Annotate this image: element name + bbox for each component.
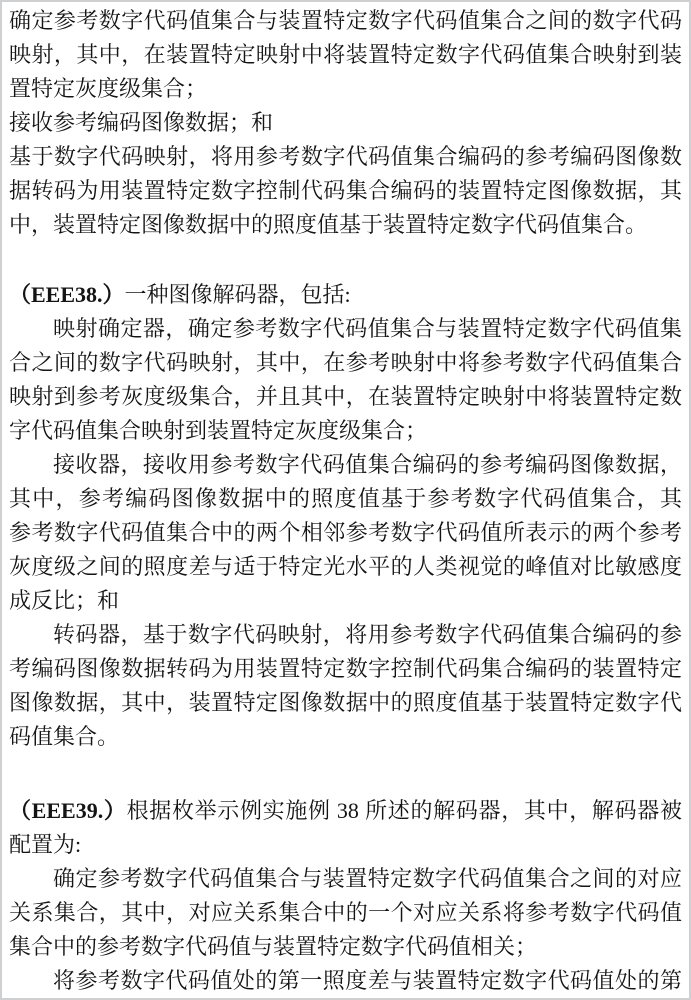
claim-clause-continuation: 确定参考数字代码值集合与装置特定数字代码值集合之间的数字代码 映射，其中，在装置… (9, 4, 682, 106)
text-line: 字代码值集合映射到装置特定灰度级集合； (9, 414, 682, 448)
text-line: 接收参考编码图像数据；和 (9, 106, 682, 140)
text-line: 灰度级之间的照度差与适于特定光水平的人类视觉的峰值对比敏感度 (9, 550, 682, 584)
embodiment-heading-text: 根据枚举示例实施例 38 所述的解码器，其中，解码器被 (127, 798, 682, 823)
patent-document-page: 确定参考数字代码值集合与装置特定数字代码值集合之间的数字代码 映射，其中，在装置… (0, 0, 691, 1000)
text-line: 考编码图像数据转码为用装置特定数字控制代码集合编码的装置特定 (9, 652, 682, 686)
claim-clause: 接收参考编码图像数据；和 (9, 106, 682, 140)
text-line: 码值集合。 (9, 720, 682, 754)
text-line: 确定参考数字代码值集合与装置特定数字代码值集合之间的数字代码 (9, 4, 682, 38)
text-line: 映射到参考灰度级集合，并且其中，在装置特定映射中将装置特定数 (9, 380, 682, 414)
text-line: 映射确定器，确定参考数字代码值集合与装置特定数字代码值集 (9, 312, 682, 346)
text-line: 映射，其中，在装置特定映射中将装置特定数字代码值集合映射到装 (9, 38, 682, 72)
claim-subclause-mapping-determiner: 映射确定器，确定参考数字代码值集合与装置特定数字代码值集 合之间的数字代码映射，… (9, 312, 682, 448)
text-line: 参考数字代码值集合中的两个相邻参考数字代码值所表示的两个参考 (9, 516, 682, 550)
embodiment-heading-line: （EEE39.）根据枚举示例实施例 38 所述的解码器，其中，解码器被 (9, 794, 682, 828)
text-line: 合之间的数字代码映射，其中，在参考映射中将参考数字代码值集合 (9, 346, 682, 380)
embodiment-heading-line: （EEE38.）一种图像解码器，包括: (9, 278, 682, 312)
text-line: 中，装置特定图像数据中的照度值基于装置特定数字代码值集合。 (9, 208, 682, 242)
embodiment-number-label: （EEE39.） (9, 798, 127, 823)
embodiment-heading-text: 一种图像解码器，包括: (125, 282, 351, 307)
text-line: 其中，参考编码图像数据中的照度值基于参考数字代码值集合，其中， (9, 482, 682, 516)
text-line: 图像数据，其中，装置特定图像数据中的照度值基于装置特定数字代 (9, 686, 682, 720)
text-line: 配置为: (9, 828, 682, 862)
claim-subclause-transcoder: 转码器，基于数字代码映射，将用参考数字代码值集合编码的参 考编码图像数据转码为用… (9, 618, 682, 754)
claim-clause: 基于数字代码映射，将用参考数字代码值集合编码的参考编码图像数 据转码为用装置特定… (9, 140, 682, 242)
text-line: 转码器，基于数字代码映射，将用参考数字代码值集合编码的参 (9, 618, 682, 652)
text-line: 成反比；和 (9, 584, 682, 618)
text-line: 置特定灰度级集合； (9, 72, 682, 106)
text-line: 接收器，接收用参考数字代码值集合编码的参考编码图像数据， (9, 448, 682, 482)
text-line: 集合中的参考数字代码值与装置特定数字代码值相关； (9, 930, 682, 964)
embodiment-number-label: （EEE38.） (9, 282, 125, 307)
text-line: 基于数字代码映射，将用参考数字代码值集合编码的参考编码图像数 (9, 140, 682, 174)
embodiment-eee39: （EEE39.）根据枚举示例实施例 38 所述的解码器，其中，解码器被 配置为: (9, 794, 682, 862)
text-line: 据转码为用装置特定数字控制代码集合编码的装置特定图像数据，其 (9, 174, 682, 208)
claim-subclause-luminance-difference: 将参考数字代码值处的第一照度差与装置特定数字代码值处的第 (9, 964, 682, 998)
claim-subclause-correspondence: 确定参考数字代码值集合与装置特定数字代码值集合之间的对应 关系集合，其中，对应关… (9, 862, 682, 964)
text-line: 关系集合，其中，对应关系集合中的一个对应关系将参考数字代码值 (9, 896, 682, 930)
text-line: 将参考数字代码值处的第一照度差与装置特定数字代码值处的第 (9, 964, 682, 998)
embodiment-eee38: （EEE38.）一种图像解码器，包括: (9, 278, 682, 312)
text-line: 确定参考数字代码值集合与装置特定数字代码值集合之间的对应 (9, 862, 682, 896)
claim-subclause-receiver: 接收器，接收用参考数字代码值集合编码的参考编码图像数据， 其中，参考编码图像数据… (9, 448, 682, 618)
